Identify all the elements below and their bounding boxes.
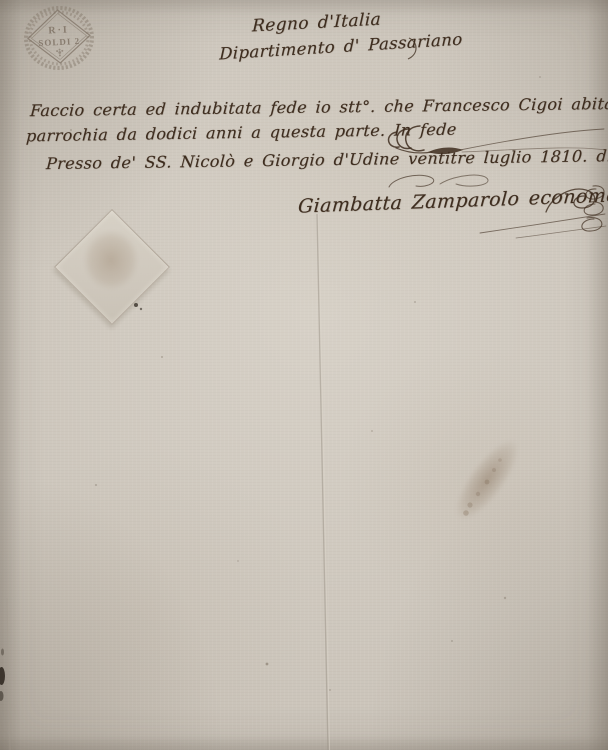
stamp-ornament-icon xyxy=(56,48,64,56)
manuscript-page: R·I SOLDI 2 Regno d'Italia Dipartimento … xyxy=(0,0,608,750)
body-line-3: Presso de' SS. Nicolò e Giorgio d'Udine … xyxy=(45,146,608,173)
stain-streak xyxy=(433,417,541,543)
seal-impression xyxy=(74,220,148,300)
signature: Giambatta Zamparolo economo xyxy=(297,184,608,217)
paper-seal xyxy=(46,210,170,324)
stamp-value: SOLDI 2 xyxy=(38,36,80,48)
body-line-1: Faccio certa ed indubitata fede io stt°.… xyxy=(29,93,608,120)
header-kingdom: Regno d'Italia xyxy=(252,10,382,37)
revenue-stamp-icon: R·I SOLDI 2 xyxy=(18,1,100,75)
stamp-initials: R·I xyxy=(48,24,69,36)
body-line-2: parrochia da dodici anni a questa parte.… xyxy=(26,120,458,146)
